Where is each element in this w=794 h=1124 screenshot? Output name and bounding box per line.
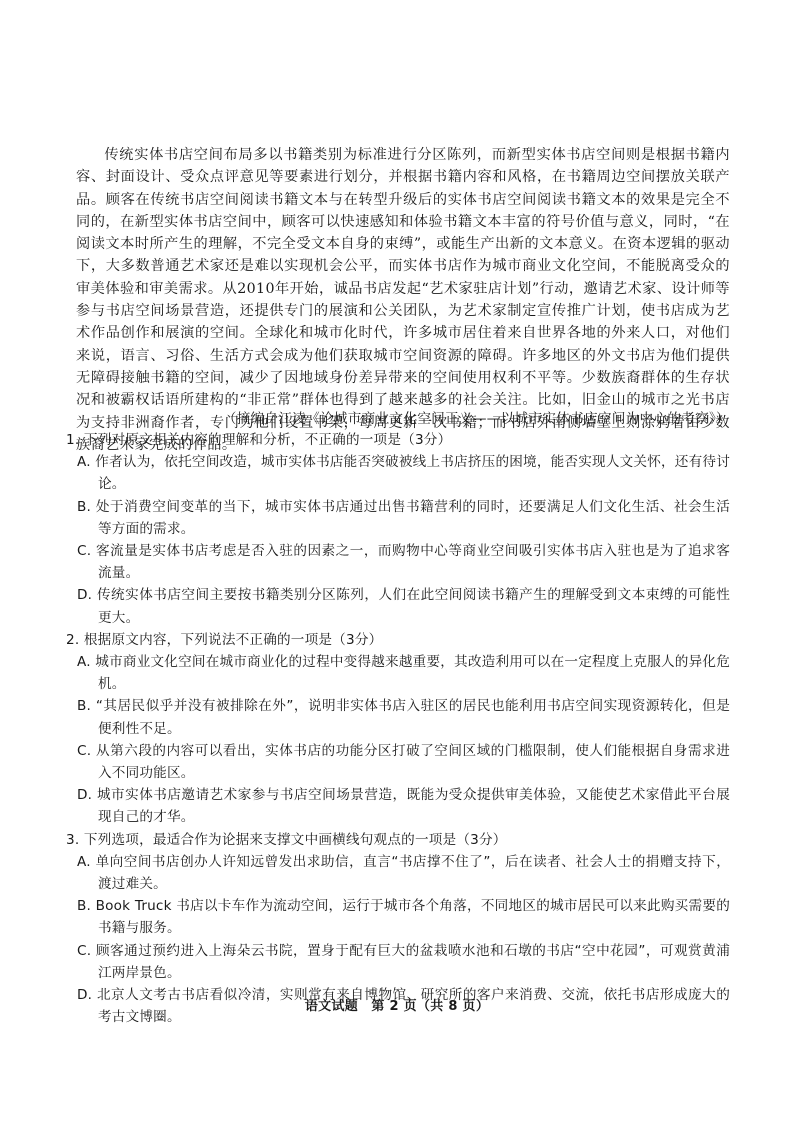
option-c: C. 客流量是实体书店考虑是否入驻的因素之一，而购物中心等商业空间吸引实体书店入…	[66, 540, 730, 584]
option-b: B. 处于消费空间变革的当下，城市实体书店通过出售书籍营利的同时，还要满足人们文…	[66, 496, 730, 540]
question-stem: 1. 下列对原文相关内容的理解和分析，不正确的一项是（3分）	[66, 429, 730, 451]
passage-source-citation: （摘编自江凌《论城市商业文化空间正义——以城市实体书店空间为中心的考察》）	[223, 409, 730, 429]
option-d: D. 传统实体书店空间主要按书籍类别分区陈列，人们在此空间阅读书籍产生的理解受到…	[66, 584, 730, 628]
questions-section: 1. 下列对原文相关内容的理解和分析，不正确的一项是（3分） A. 作者认为，依…	[66, 429, 730, 1028]
option-c: C. 从第六段的内容可以看出，实体书店的功能分区打破了空间区域的门槛限制，使人们…	[66, 740, 730, 784]
option-a: A. 城市商业文化空间在城市商业化的过程中变得越来越重要，其改造利用可以在一定程…	[66, 651, 730, 695]
exam-page: 传统实体书店空间布局多以书籍类别为标准进行分区陈列，而新型实体书店空间则是根据书…	[0, 0, 794, 1124]
option-a: A. 作者认为，依托空间改造，城市实体书店能否突破被线上书店挤压的困境，能否实现…	[66, 451, 730, 495]
option-b: B. “其居民似乎并没有被排除在外”，说明非实体书店入驻区的居民也能利用书店空间…	[66, 695, 730, 739]
option-b: B. Book Truck 书店以卡车作为流动空间，运行于城市各个角落，不同地区…	[66, 895, 730, 939]
question-stem: 3. 下列选项，最适合作为论据来支撑文中画横线句观点的一项是（3分）	[66, 829, 730, 851]
question-stem: 2. 根据原文内容，下列说法不正确的一项是（3分）	[66, 629, 730, 651]
option-c: C. 顾客通过预约进入上海朵云书院，置身于配有巨大的盆栽喷水池和石墩的书店“空中…	[66, 940, 730, 984]
option-d: D. 城市实体书店邀请艺术家参与书店空间场景营造，既能为受众提供审美体验，又能使…	[66, 784, 730, 828]
question-1: 1. 下列对原文相关内容的理解和分析，不正确的一项是（3分） A. 作者认为，依…	[66, 429, 730, 629]
option-a: A. 单向空间书店创办人许知远曾发出求助信，直言“书店撑不住了”，后在读者、社会…	[66, 851, 730, 895]
page-footer: 语文试题 第 2 页（共 8 页）	[0, 995, 794, 1014]
question-2: 2. 根据原文内容，下列说法不正确的一项是（3分） A. 城市商业文化空间在城市…	[66, 629, 730, 829]
